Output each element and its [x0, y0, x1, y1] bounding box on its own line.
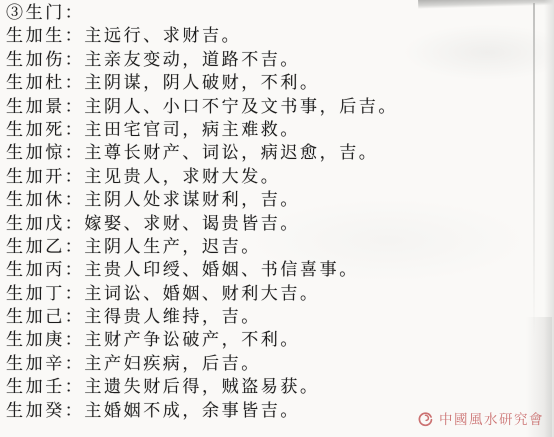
entry-line: 生加杜：主阴谋，阴人破财，不利。: [6, 71, 526, 94]
watermark-text: 中國風水研究會: [439, 408, 544, 428]
entry-line: 生加乙：主阴人生产，迟吉。: [6, 235, 526, 258]
entry-line: 生加壬：主遗失财后得，贼盗易获。: [6, 375, 526, 398]
entry-line: 生加己：主得贵人维持，吉。: [6, 305, 526, 328]
entry-line: 生加死：主田宅官司，病主难救。: [6, 118, 526, 141]
entry-line: 生加景：主阴人、小口不宁及文书事，后吉。: [6, 95, 526, 118]
fengshui-seal-icon: [417, 410, 434, 427]
entry-line: 生加辛：主产妇疾病，后吉。: [6, 352, 526, 375]
entry-line: 生加丁：主词讼、婚姻、财利大吉。: [6, 282, 526, 305]
watermark: 中國風水研究會: [417, 408, 544, 428]
entry-line: 生加丙：主贵人印绶、婚姻、书信喜事。: [6, 258, 526, 281]
entry-line: 生加庚：主财产争讼破产，不利。: [6, 328, 526, 351]
entry-line: 生加开：主见贵人，求财大发。: [6, 165, 526, 188]
entry-line: 生加惊：主尊长财产、词讼，病迟愈，吉。: [6, 141, 526, 164]
entry-line: 生加生：主远行、求财吉。: [6, 24, 526, 47]
entry-line: 生加伤：主亲友变动，道路不吉。: [6, 48, 526, 71]
entry-line: 生加休：主阴人处求谋财利，吉。: [6, 188, 526, 211]
scanned-document-page: ③生门： 生加生：主远行、求财吉。 生加伤：主亲友变动，道路不吉。 生加杜：主阴…: [0, 0, 554, 437]
entry-line: 生加戊：嫁娶、求财、谒贵皆吉。: [6, 212, 526, 235]
document-text-block: ③生门： 生加生：主远行、求财吉。 生加伤：主亲友变动，道路不吉。 生加杜：主阴…: [6, 1, 526, 422]
section-heading: ③生门：: [6, 1, 526, 24]
paper-crease-line: [533, 3, 535, 338]
